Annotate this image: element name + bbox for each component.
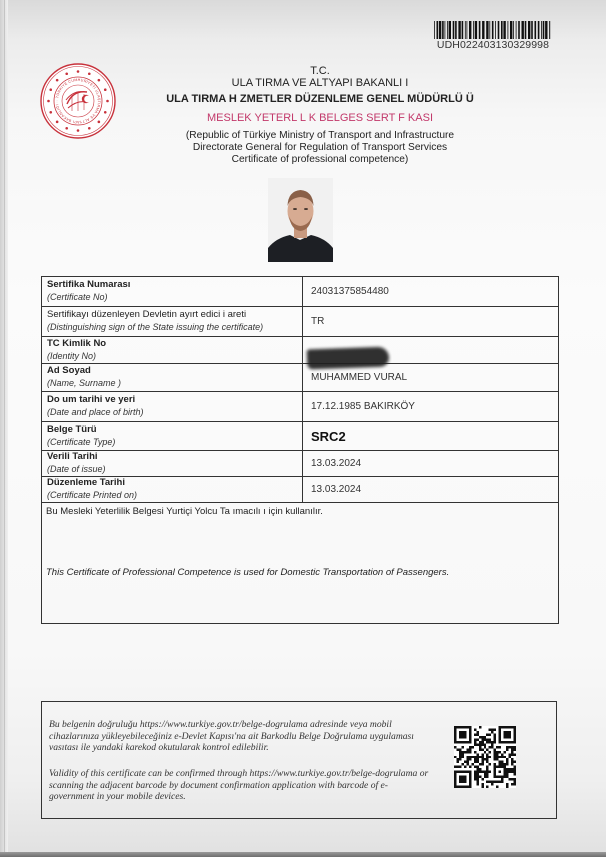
page-edge-left [0,0,8,857]
row-value: 24031375854480 [303,277,559,307]
row-label-en: (Identity No) [47,350,297,363]
row-label-tr: Verili Tarihi [47,451,297,463]
verification-text-en: Validity of this certificate can be conf… [49,768,429,803]
row-value: 17.12.1985 BAKIRKÖY [303,392,559,422]
holder-photo [268,178,333,262]
row-value-text: 17.12.1985 BAKIRKÖY [311,401,415,412]
table-row: Verili Tarihi(Date of issue)13.03.2024 [42,451,559,477]
row-label-en: (Certificate Type) [47,436,297,449]
row-label-tr: Do um tarihi ve yeri [47,394,297,406]
row-label: Verili Tarihi(Date of issue) [42,451,303,477]
row-value-text: SRC2 [311,429,346,444]
header-english: (Republic of Türkiye Ministry of Transpo… [150,130,490,166]
row-label: Sertifika Numarası(Certificate No) [42,277,303,307]
row-label-en: (Date of issue) [47,463,297,476]
barcode-number: UDH022403130329998 [430,39,556,51]
header-english-line: (Republic of Türkiye Ministry of Transpo… [150,130,490,142]
header-english-line: Certificate of professional competence) [150,154,490,166]
certificate-details-table: Sertifika Numarası(Certificate No)240313… [41,276,559,503]
redaction-mark [307,346,390,369]
header-ministry: ULA TIRMA VE ALTYAPI BAKANLI I [150,77,490,89]
barcode-icon [434,21,551,39]
row-label-tr: Ad Soyad [47,365,297,377]
row-value-text: 13.03.2024 [311,484,361,495]
page-edge-bottom [0,852,606,857]
row-label-en: (Date and place of birth) [47,406,297,419]
row-value-text: 13.03.2024 [311,458,361,469]
row-value: TR [303,307,559,337]
row-value [303,337,559,364]
row-label-tr: Sertifikayı düzenleyen Devletin ayırt ed… [47,309,297,321]
table-row: Do um tarihi ve yeri(Date and place of b… [42,392,559,422]
row-label-en: (Certificate No) [47,291,297,304]
table-row: Belge Türü(Certificate Type)SRC2 [42,422,559,451]
row-value-text: TR [311,316,324,327]
table-row: Sertifikayı düzenleyen Devletin ayırt ed… [42,307,559,337]
row-label: Belge Türü(Certificate Type) [42,422,303,451]
row-value: 13.03.2024 [303,451,559,477]
header-directorate: ULA TIRMA H ZMETLER DÜZENLEME GENEL MÜDÜ… [150,93,490,105]
usage-text-en: This Certificate of Professional Compete… [46,567,449,578]
usage-box: Bu Mesleki Yeterlilik Belgesi Yurtiçi Yo… [41,499,559,624]
ministry-emblem-icon: · TÜRKİYE CUMHURİYETİ ULAŞTIRMA VE ALTYA… [39,62,117,140]
usage-text-tr: Bu Mesleki Yeterlilik Belgesi Yurtiçi Yo… [46,506,323,517]
qr-code-icon[interactable] [454,726,516,788]
row-label-tr: Düzenleme Tarihi [47,477,297,489]
row-value-text: 24031375854480 [311,286,389,297]
row-value: SRC2 [303,422,559,451]
row-label: Do um tarihi ve yeri(Date and place of b… [42,392,303,422]
table-row: Sertifika Numarası(Certificate No)240313… [42,277,559,307]
header-english-line: Directorate General for Regulation of Tr… [150,142,490,154]
header-tc: T.C. [150,65,490,77]
row-label-tr: Sertifika Numarası [47,279,297,291]
table-row: Ad Soyad(Name, Surname )MUHAMMED VURAL [42,364,559,392]
row-label-tr: Belge Türü [47,424,297,436]
row-label-en: (Name, Surname ) [47,377,297,390]
row-label: Sertifikayı düzenleyen Devletin ayırt ed… [42,307,303,337]
verification-text-tr: Bu belgenin doğruluğu https://www.turkiy… [49,719,429,754]
row-label-tr: TC Kimlik No [47,338,297,350]
row-label: Ad Soyad(Name, Surname ) [42,364,303,392]
table-row: TC Kimlik No(Identity No) [42,337,559,364]
certificate-title: MESLEK YETERL L K BELGES SERT F KASI [150,112,490,124]
verification-box: Bu belgenin doğruluğu https://www.turkiy… [41,701,557,819]
row-label-en: (Distinguishing sign of the State issuin… [47,321,297,334]
row-value-text: MUHAMMED VURAL [311,372,407,383]
row-label: TC Kimlik No(Identity No) [42,337,303,364]
